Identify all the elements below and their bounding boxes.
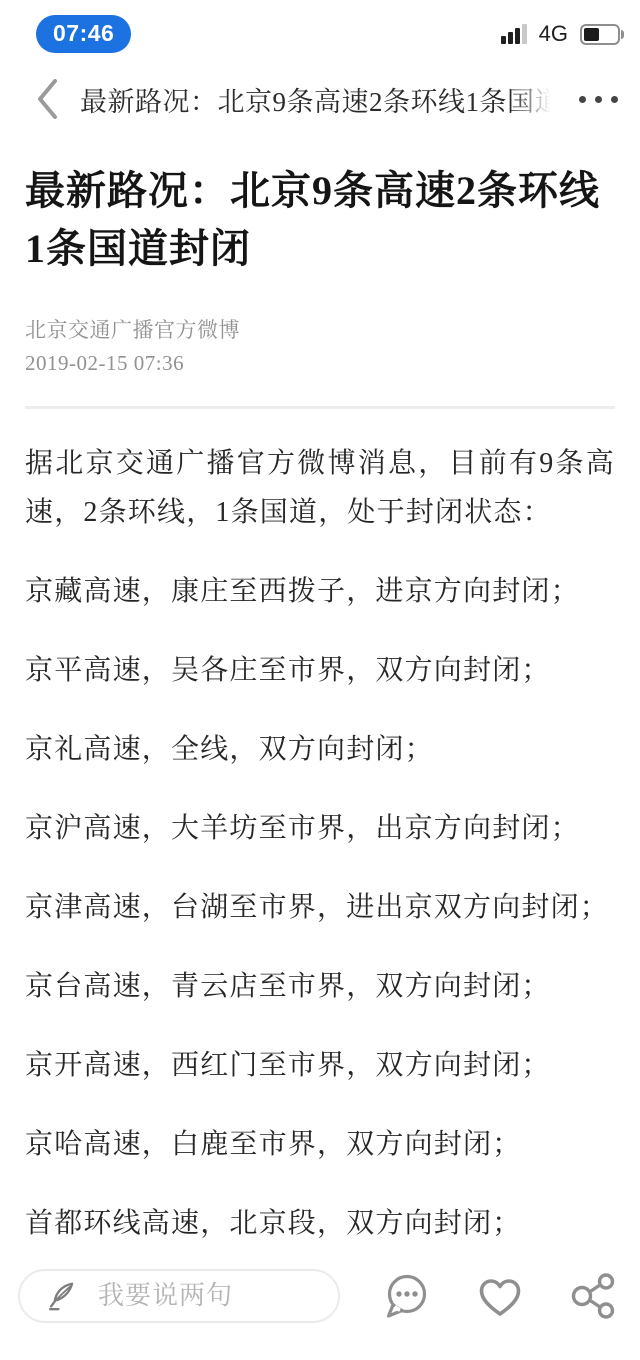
article-content: 最新路况：北京9条高速2条环线1条国道封闭 北京交通广播官方微博 2019-02… [0, 162, 640, 1248]
comment-input[interactable] [98, 1281, 288, 1311]
article-meta: 北京交通广播官方微博 2019-02-15 07:36 [25, 314, 615, 380]
more-options-button[interactable] [577, 90, 620, 109]
heart-icon [474, 1272, 526, 1320]
battery-icon [580, 24, 620, 45]
paragraph: 据北京交通广播官方微博消息，目前有9条高速，2条环线，1条国道，处于封闭状态： [25, 439, 615, 537]
divider [25, 406, 615, 409]
nav-bar: 最新路况：北京9条高速2条环线1条国道封 [0, 62, 640, 136]
speech-bubble-icon [384, 1272, 430, 1320]
nav-title: 最新路况：北京9条高速2条环线1条国道封 [80, 80, 557, 119]
comment-input-pill[interactable] [18, 1269, 340, 1323]
clock: 07:46 [36, 15, 131, 53]
status-indicators: 4G [501, 21, 626, 47]
cellular-signal-icon [501, 24, 527, 44]
article-source: 北京交通广播官方微博 [25, 314, 615, 347]
bottom-action-bar [0, 1248, 640, 1360]
paragraph: 京平高速，吴各庄至市界，双方向封闭； [25, 646, 615, 695]
paragraph: 京沪高速，大羊坊至市界，出京方向封闭； [25, 804, 615, 853]
status-bar: 07:46 4G [0, 0, 640, 62]
paragraph: 京台高速，青云店至市界，双方向封闭； [25, 962, 615, 1011]
paragraph: 京藏高速，康庄至西拨子，进京方向封闭； [25, 567, 615, 616]
ellipsis-icon [579, 96, 586, 103]
comments-button[interactable] [384, 1272, 430, 1320]
paragraph: 京开高速，西红门至市界，双方向封闭； [25, 1041, 615, 1090]
paragraph: 京津高速，台湖至市界，进出京双方向封闭； [25, 883, 615, 932]
share-nodes-icon [570, 1272, 616, 1320]
back-button[interactable] [34, 76, 60, 122]
paragraph: 京礼高速，全线，双方向封闭； [25, 725, 615, 774]
nav-title-text: 最新路况：北京9条高速2条环线1条国道封 [80, 87, 557, 117]
article-page: 07:46 4G 最新路况：北京9条高速2条环线1条国道封 最新路况：北京9条高… [0, 0, 640, 1360]
paragraph: 京哈高速，白鹿至市界，双方向封闭； [25, 1120, 615, 1169]
quill-pen-icon [42, 1275, 82, 1317]
article-datetime: 2019-02-15 07:36 [25, 347, 615, 380]
share-button[interactable] [570, 1272, 616, 1320]
paragraph: 首都环线高速，北京段，双方向封闭； [25, 1199, 615, 1248]
chevron-left-icon [34, 76, 60, 122]
article-body: 据北京交通广播官方微博消息，目前有9条高速，2条环线，1条国道，处于封闭状态： … [25, 439, 615, 1248]
like-button[interactable] [474, 1272, 526, 1320]
title-fade-overlay [513, 80, 557, 119]
network-type-label: 4G [539, 21, 568, 47]
article-title: 最新路况：北京9条高速2条环线1条国道封闭 [25, 162, 615, 278]
